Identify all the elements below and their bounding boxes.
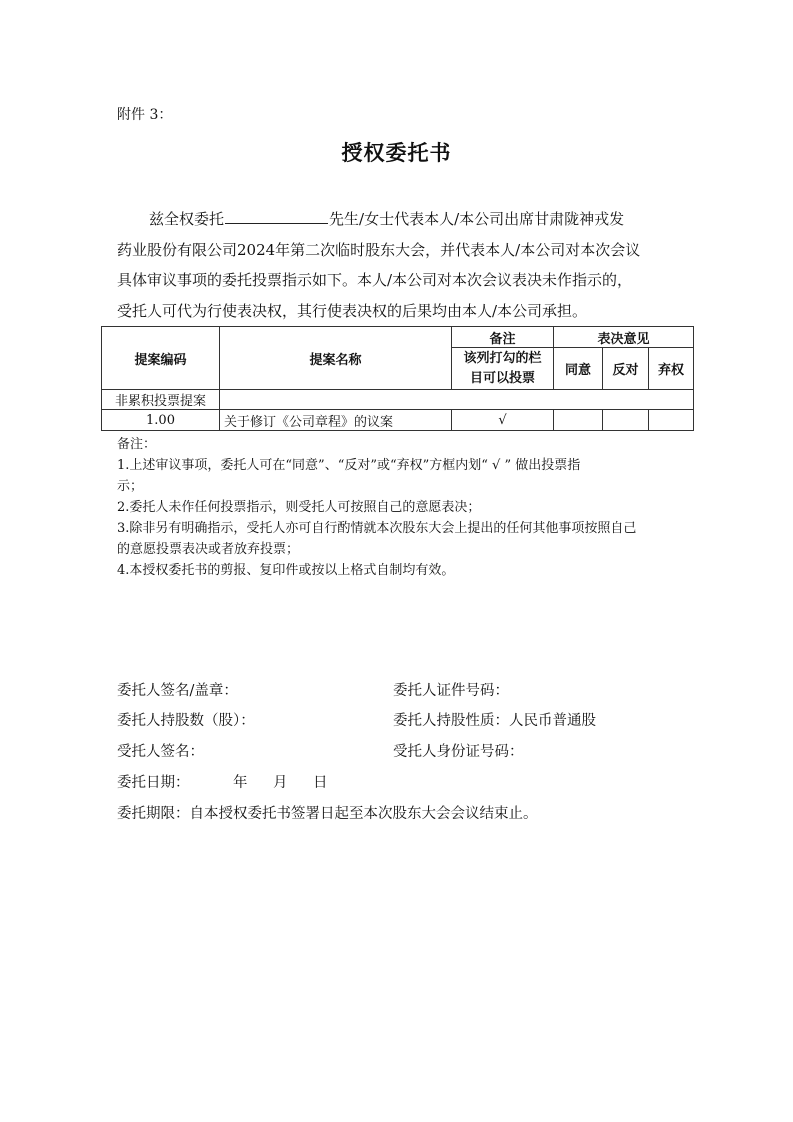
notes-heading: 备注： [117,434,636,455]
header-remark-sub-line2: 目可以投票 [452,369,553,389]
note-item: 示； [117,476,636,497]
header-opinion: 表决意见 [554,327,694,348]
intro-paragraph: 兹全权委托先生/女士代表本人/本公司出席甘肃陇神戎发 药业股份有限公司2024年… [117,204,697,326]
date-label: 委托日期： [117,771,190,792]
intro-suffix: 先生/女士代表本人/本公司出席甘肃陇神戎发 [329,210,624,228]
row-oppose-box[interactable] [603,410,649,431]
header-remark-sub: 该列打勾的栏 目可以投票 [452,348,554,390]
row-abstain-box[interactable] [649,410,694,431]
header-remark-sub-line1: 该列打勾的栏 [452,349,553,369]
header-remark: 备注 [452,327,554,348]
row-remark-check: √ [452,410,554,431]
note-item: 2.委托人未作任何投票指示，则受托人可按照自己的意愿表决； [117,497,636,518]
row-code: 1.00 [102,410,220,431]
table-row: 1.00 关于修订《公司章程》的议案 √ [102,410,694,431]
note-item: 4.本授权委托书的剪报、复印件或按以上格式自制均有效。 [117,560,636,581]
agent-name-blank[interactable] [225,208,328,224]
date-year: 年 [233,771,248,792]
section-label: 非累积投票提案 [102,390,220,410]
header-code: 提案编码 [102,327,220,390]
note-item: 1.上述审议事项，委托人可在“同意”、“反对”或“弃权”方框内划“ √ ” 做出… [117,455,636,476]
section-row: 非累积投票提案 [102,390,694,410]
intro-line-4: 受托人可代为行使表决权，其行使表决权的后果均由本人/本公司承担。 [117,296,697,327]
intro-prefix: 兹全权委托 [149,210,224,228]
agent-id-label: 受托人身份证号码： [393,740,524,761]
row-name: 关于修订《公司章程》的议案 [220,410,452,431]
note-item: 3.除非另有明确指示，受托人亦可自行酌情就本次股东大会上提出的任何其他事项按照自… [117,518,636,539]
note-item: 的意愿投票表决或者放弃投票； [117,539,636,560]
agent-signature-label: 受托人签名： [117,740,204,761]
header-oppose: 反对 [603,348,649,390]
principal-shares-label: 委托人持股数（股）： [117,709,255,730]
term-statement: 委托期限：自本授权委托书签署日起至本次股东大会会议结束止。 [117,802,538,823]
principal-signature-label: 委托人签名/盖章： [117,679,238,700]
date-day: 日 [313,771,328,792]
attachment-label: 附件 3： [117,104,172,124]
intro-line-2: 药业股份有限公司2024年第二次临时股东大会，并代表本人/本公司对本次会议 [117,235,697,266]
intro-line-3: 具体审议事项的委托投票指示如下。本人/本公司对本次会议表决未作指示的， [117,265,697,296]
section-empty [220,390,694,410]
document-title: 授权委托书 [0,137,793,167]
date-month: 月 [273,771,288,792]
voting-table: 提案编码 提案名称 备注 表决意见 该列打勾的栏 目可以投票 同意 反对 弃权 … [101,326,694,431]
intro-line-1: 兹全权委托先生/女士代表本人/本公司出席甘肃陇神戎发 [117,204,697,235]
header-name: 提案名称 [220,327,452,390]
header-agree: 同意 [554,348,603,390]
header-abstain: 弃权 [649,348,694,390]
share-nature-label: 委托人持股性质：人民币普通股 [393,709,596,730]
row-agree-box[interactable] [554,410,603,431]
notes-section: 备注： 1.上述审议事项，委托人可在“同意”、“反对”或“弃权”方框内划“ √ … [117,434,636,581]
principal-id-label: 委托人证件号码： [393,679,509,700]
